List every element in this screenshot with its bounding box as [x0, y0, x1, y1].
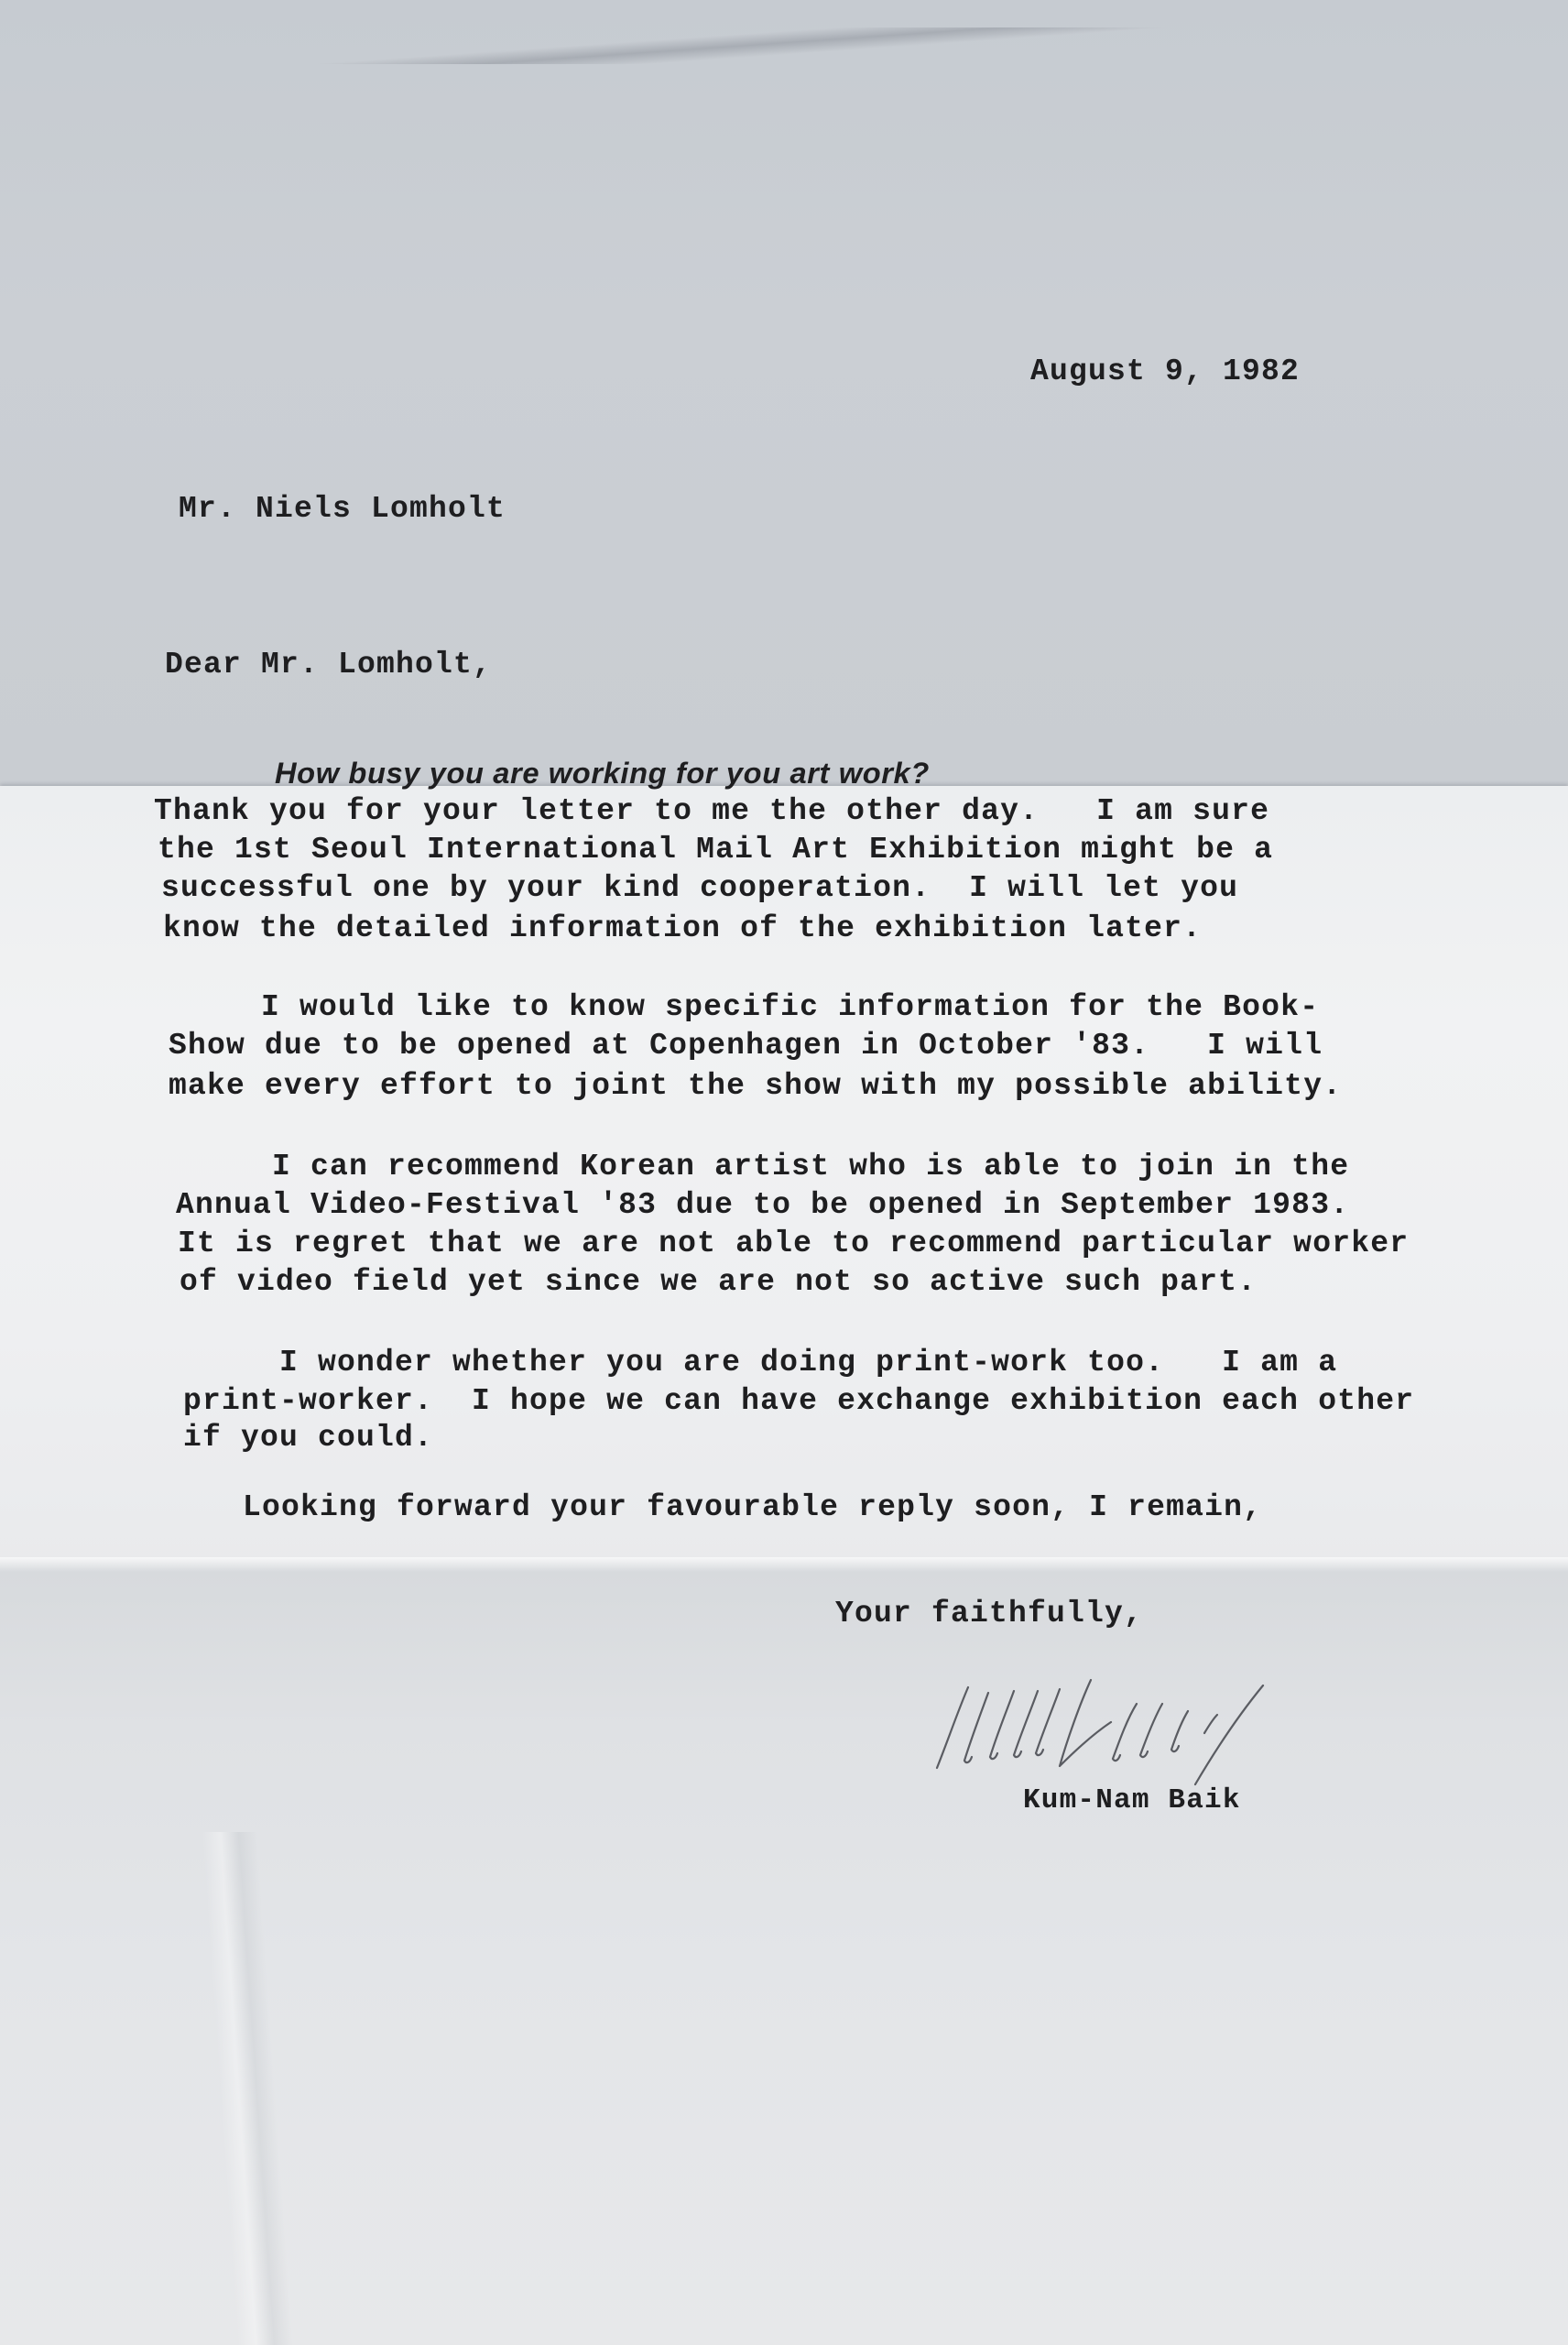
- body-line: Annual Video-Festival '83 due to be open…: [176, 1187, 1349, 1224]
- body-line: the 1st Seoul International Mail Art Exh…: [158, 832, 1273, 868]
- body-line: make every effort to joint the show with…: [169, 1068, 1342, 1105]
- body-line: Thank you for your letter to me the othe…: [154, 793, 1269, 830]
- body-line: of video field yet since we are not so a…: [180, 1264, 1257, 1301]
- body-line: successful one by your kind cooperation.…: [161, 870, 1238, 907]
- body-line: know the detailed information of the exh…: [163, 911, 1202, 947]
- body-line: I can recommend Korean artist who is abl…: [176, 1149, 1349, 1185]
- body-line: Show due to be opened at Copenhagen in O…: [169, 1028, 1323, 1064]
- signer-name: Kum-Nam Baik: [1023, 1783, 1241, 1819]
- body-line: I would like to know specific informatio…: [165, 989, 1319, 1026]
- body-line: Looking forward your favourable reply so…: [147, 1489, 1262, 1526]
- letter-date: August 9, 1982: [1030, 354, 1300, 390]
- body-line: if you could.: [183, 1420, 433, 1456]
- paper-crease-top: [0, 27, 1568, 64]
- handwritten-signature-icon: [930, 1676, 1360, 1786]
- body-line: I wonder whether you are doing print-wor…: [183, 1345, 1337, 1381]
- recipient-name: Mr. Niels Lomholt: [179, 491, 506, 528]
- body-line: print-worker. I hope we can have exchang…: [183, 1383, 1414, 1420]
- closing: Your faithfully,: [835, 1596, 1143, 1632]
- salutation: Dear Mr. Lomholt,: [165, 647, 492, 683]
- handwritten-note: How busy you are working for you art wor…: [275, 755, 930, 791]
- body-line: It is regret that we are not able to rec…: [178, 1226, 1409, 1262]
